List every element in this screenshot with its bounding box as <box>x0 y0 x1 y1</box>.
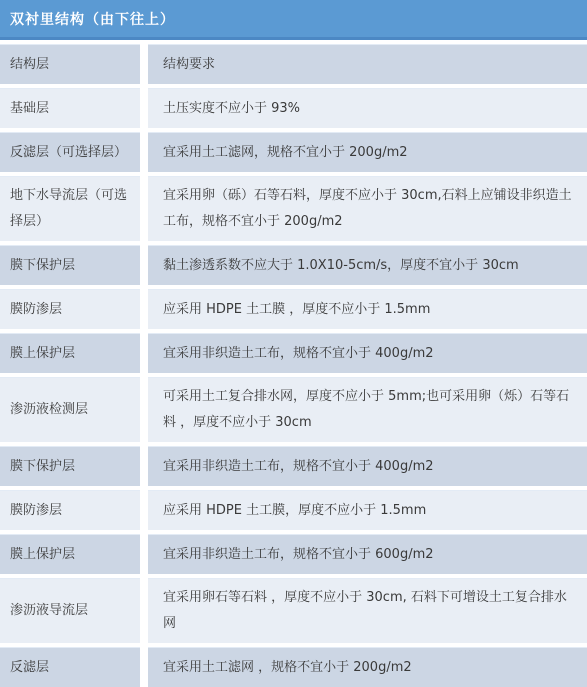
layer-name-cell: 基础层 <box>0 88 140 128</box>
table-row: 膜上保护层 宜采用非织造土工布，规格不宜小于 600g/m2 <box>0 534 587 574</box>
layer-name-cell: 地下水导流层（可选择层） <box>0 176 140 241</box>
table-row: 反滤层 宜采用土工滤网 ，规格不宜小于 200g/m2 <box>0 647 587 687</box>
table-row: 膜上保护层 宜采用非织造土工布，规格不宜小于 400g/m2 <box>0 333 587 373</box>
layer-name-cell: 膜上保护层 <box>0 534 140 574</box>
table-row: 膜防渗层 应采用 HDPE 土工膜，厚度不应小于 1.5mm <box>0 490 587 530</box>
layer-name-cell: 反滤层（可选择层） <box>0 132 140 172</box>
table-row: 膜下保护层 黏土渗透系数不应大于 1.0X10-5cm/s，厚度不宜小于 30c… <box>0 245 587 285</box>
table-row: 渗沥液检测层 可采用土工复合排水网，厚度不应小于 5mm;也可采用卵（烁）石等石… <box>0 377 587 442</box>
layer-name-cell: 膜防渗层 <box>0 490 140 530</box>
layer-requirement-cell: 土压实度不应小于 93% <box>148 88 587 128</box>
layer-name-cell: 膜下保护层 <box>0 446 140 486</box>
layer-requirement-cell: 宜采用非织造土工布，规格不宜小于 600g/m2 <box>148 534 587 574</box>
lining-structure-table: 双衬里结构（由下往上） 结构层 结构要求 基础层 土压实度不应小于 93% 反滤… <box>0 0 587 687</box>
table-title: 双衬里结构（由下往上） <box>0 0 587 40</box>
layer-name-cell: 膜下保护层 <box>0 245 140 285</box>
layer-requirement-cell: 宜采用卵石等石料 ，厚度不应小于 30cm, 石料下可增设土工复合排水网 <box>148 578 587 643</box>
table-row: 地下水导流层（可选择层） 宜采用卵（砾）石等石料，厚度不应小于 30cm,石料上… <box>0 176 587 241</box>
layer-requirement-cell: 应采用 HDPE 土工膜，厚度不应小于 1.5mm <box>148 490 587 530</box>
layer-name-cell: 渗沥液检测层 <box>0 377 140 442</box>
table-row: 膜下保护层 宜采用非织造土工布，规格不宜小于 400g/m2 <box>0 446 587 486</box>
layer-requirement-cell: 宜采用土工滤网，规格不宜小于 200g/m2 <box>148 132 587 172</box>
column-header-layer: 结构层 <box>0 44 140 84</box>
layer-requirement-cell: 可采用土工复合排水网，厚度不应小于 5mm;也可采用卵（烁）石等石料 ，厚度不应… <box>148 377 587 442</box>
layer-name-cell: 膜防渗层 <box>0 289 140 329</box>
table-row: 反滤层（可选择层） 宜采用土工滤网，规格不宜小于 200g/m2 <box>0 132 587 172</box>
layer-requirement-cell: 黏土渗透系数不应大于 1.0X10-5cm/s，厚度不宜小于 30cm <box>148 245 587 285</box>
table-row: 膜防渗层 应采用 HDPE 土工膜 ，厚度不应小于 1.5mm <box>0 289 587 329</box>
table-row: 渗沥液导流层 宜采用卵石等石料 ，厚度不应小于 30cm, 石料下可增设土工复合… <box>0 578 587 643</box>
layer-requirement-cell: 宜采用卵（砾）石等石料，厚度不应小于 30cm,石料上应铺设非织造土工布，规格不… <box>148 176 587 241</box>
layer-name-cell: 膜上保护层 <box>0 333 140 373</box>
layer-name-cell: 反滤层 <box>0 647 140 687</box>
layer-requirement-cell: 宜采用土工滤网 ，规格不宜小于 200g/m2 <box>148 647 587 687</box>
layer-requirement-cell: 宜采用非织造土工布，规格不宜小于 400g/m2 <box>148 446 587 486</box>
column-header-row: 结构层 结构要求 <box>0 44 587 84</box>
layer-requirement-cell: 应采用 HDPE 土工膜 ，厚度不应小于 1.5mm <box>148 289 587 329</box>
layer-name-cell: 渗沥液导流层 <box>0 578 140 643</box>
column-header-requirement: 结构要求 <box>148 44 587 84</box>
layer-requirement-cell: 宜采用非织造土工布，规格不宜小于 400g/m2 <box>148 333 587 373</box>
table-body: 基础层 土压实度不应小于 93% 反滤层（可选择层） 宜采用土工滤网，规格不宜小… <box>0 88 587 687</box>
table-row: 基础层 土压实度不应小于 93% <box>0 88 587 128</box>
